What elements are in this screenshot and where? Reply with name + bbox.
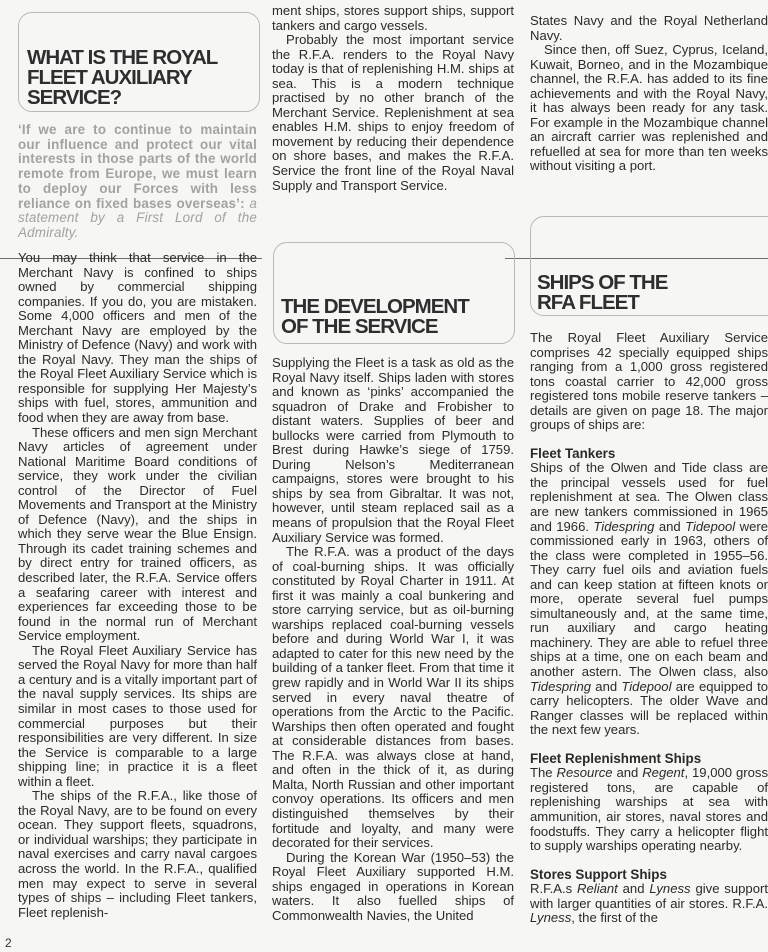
paragraph: The ships of the R.F.A., like those of t… [18,789,257,920]
paragraph: Supplying the Fleet is a task as old as … [272,356,514,545]
paragraph: The Royal Fleet Auxiliary Service compri… [530,331,768,433]
paragraph: During the Korean War (1950–53) the Roya… [272,851,514,924]
paragraph-fleet-tankers: Ships of the Olwen and Tide class are th… [530,461,768,737]
paragraph: Since then, off Suez, Cyprus, Iceland, K… [530,43,768,174]
pull-quote: ‘If we are to continue to maintain our i… [18,123,257,241]
column-1-body: You may think that service in the Mercha… [18,251,257,920]
subheading-stores-support: Stores Support Ships [530,868,768,883]
section3-title: SHIPS OF THE RFA FLEET [537,273,667,313]
paragraph: These officers and men sign Merchant Nav… [18,426,257,644]
paragraph: Probably the most important service the … [272,33,514,193]
column-2-body: Supplying the Fleet is a task as old as … [272,356,514,923]
column-3-body: The Royal Fleet Auxiliary Service compri… [530,331,768,926]
subheading-fleet-tankers: Fleet Tankers [530,447,768,462]
paragraph-stores-support: R.F.A.s Reliant and Lyness give support … [530,882,768,926]
paragraph: The R.F.A. was a product of the days of … [272,545,514,850]
paragraph: ment ships, stores support ships, suppor… [272,4,514,33]
paragraph: The Royal Fleet Auxiliary Service has se… [18,644,257,789]
section1-title: WHAT IS THE ROYAL FLEET AUXILIARY SERVIC… [27,48,217,108]
subheading-fleet-replenishment: Fleet Replenishment Ships [530,752,768,767]
paragraph: You may think that service in the Mercha… [18,251,257,426]
page-number: 2 [5,936,12,950]
quote-text: ‘If we are to continue to maintain our i… [18,122,257,211]
section2-title: THE DEVELOPMENT OF THE SERVICE [281,297,469,337]
paragraph: States Navy and the Royal Netherland Nav… [530,14,768,43]
paragraph-fleet-replenishment: The Resource and Regent, 19,000 gross re… [530,766,768,853]
column-3-continuation: States Navy and the Royal Netherland Nav… [530,14,768,174]
column-2-continuation: ment ships, stores support ships, suppor… [272,4,514,193]
